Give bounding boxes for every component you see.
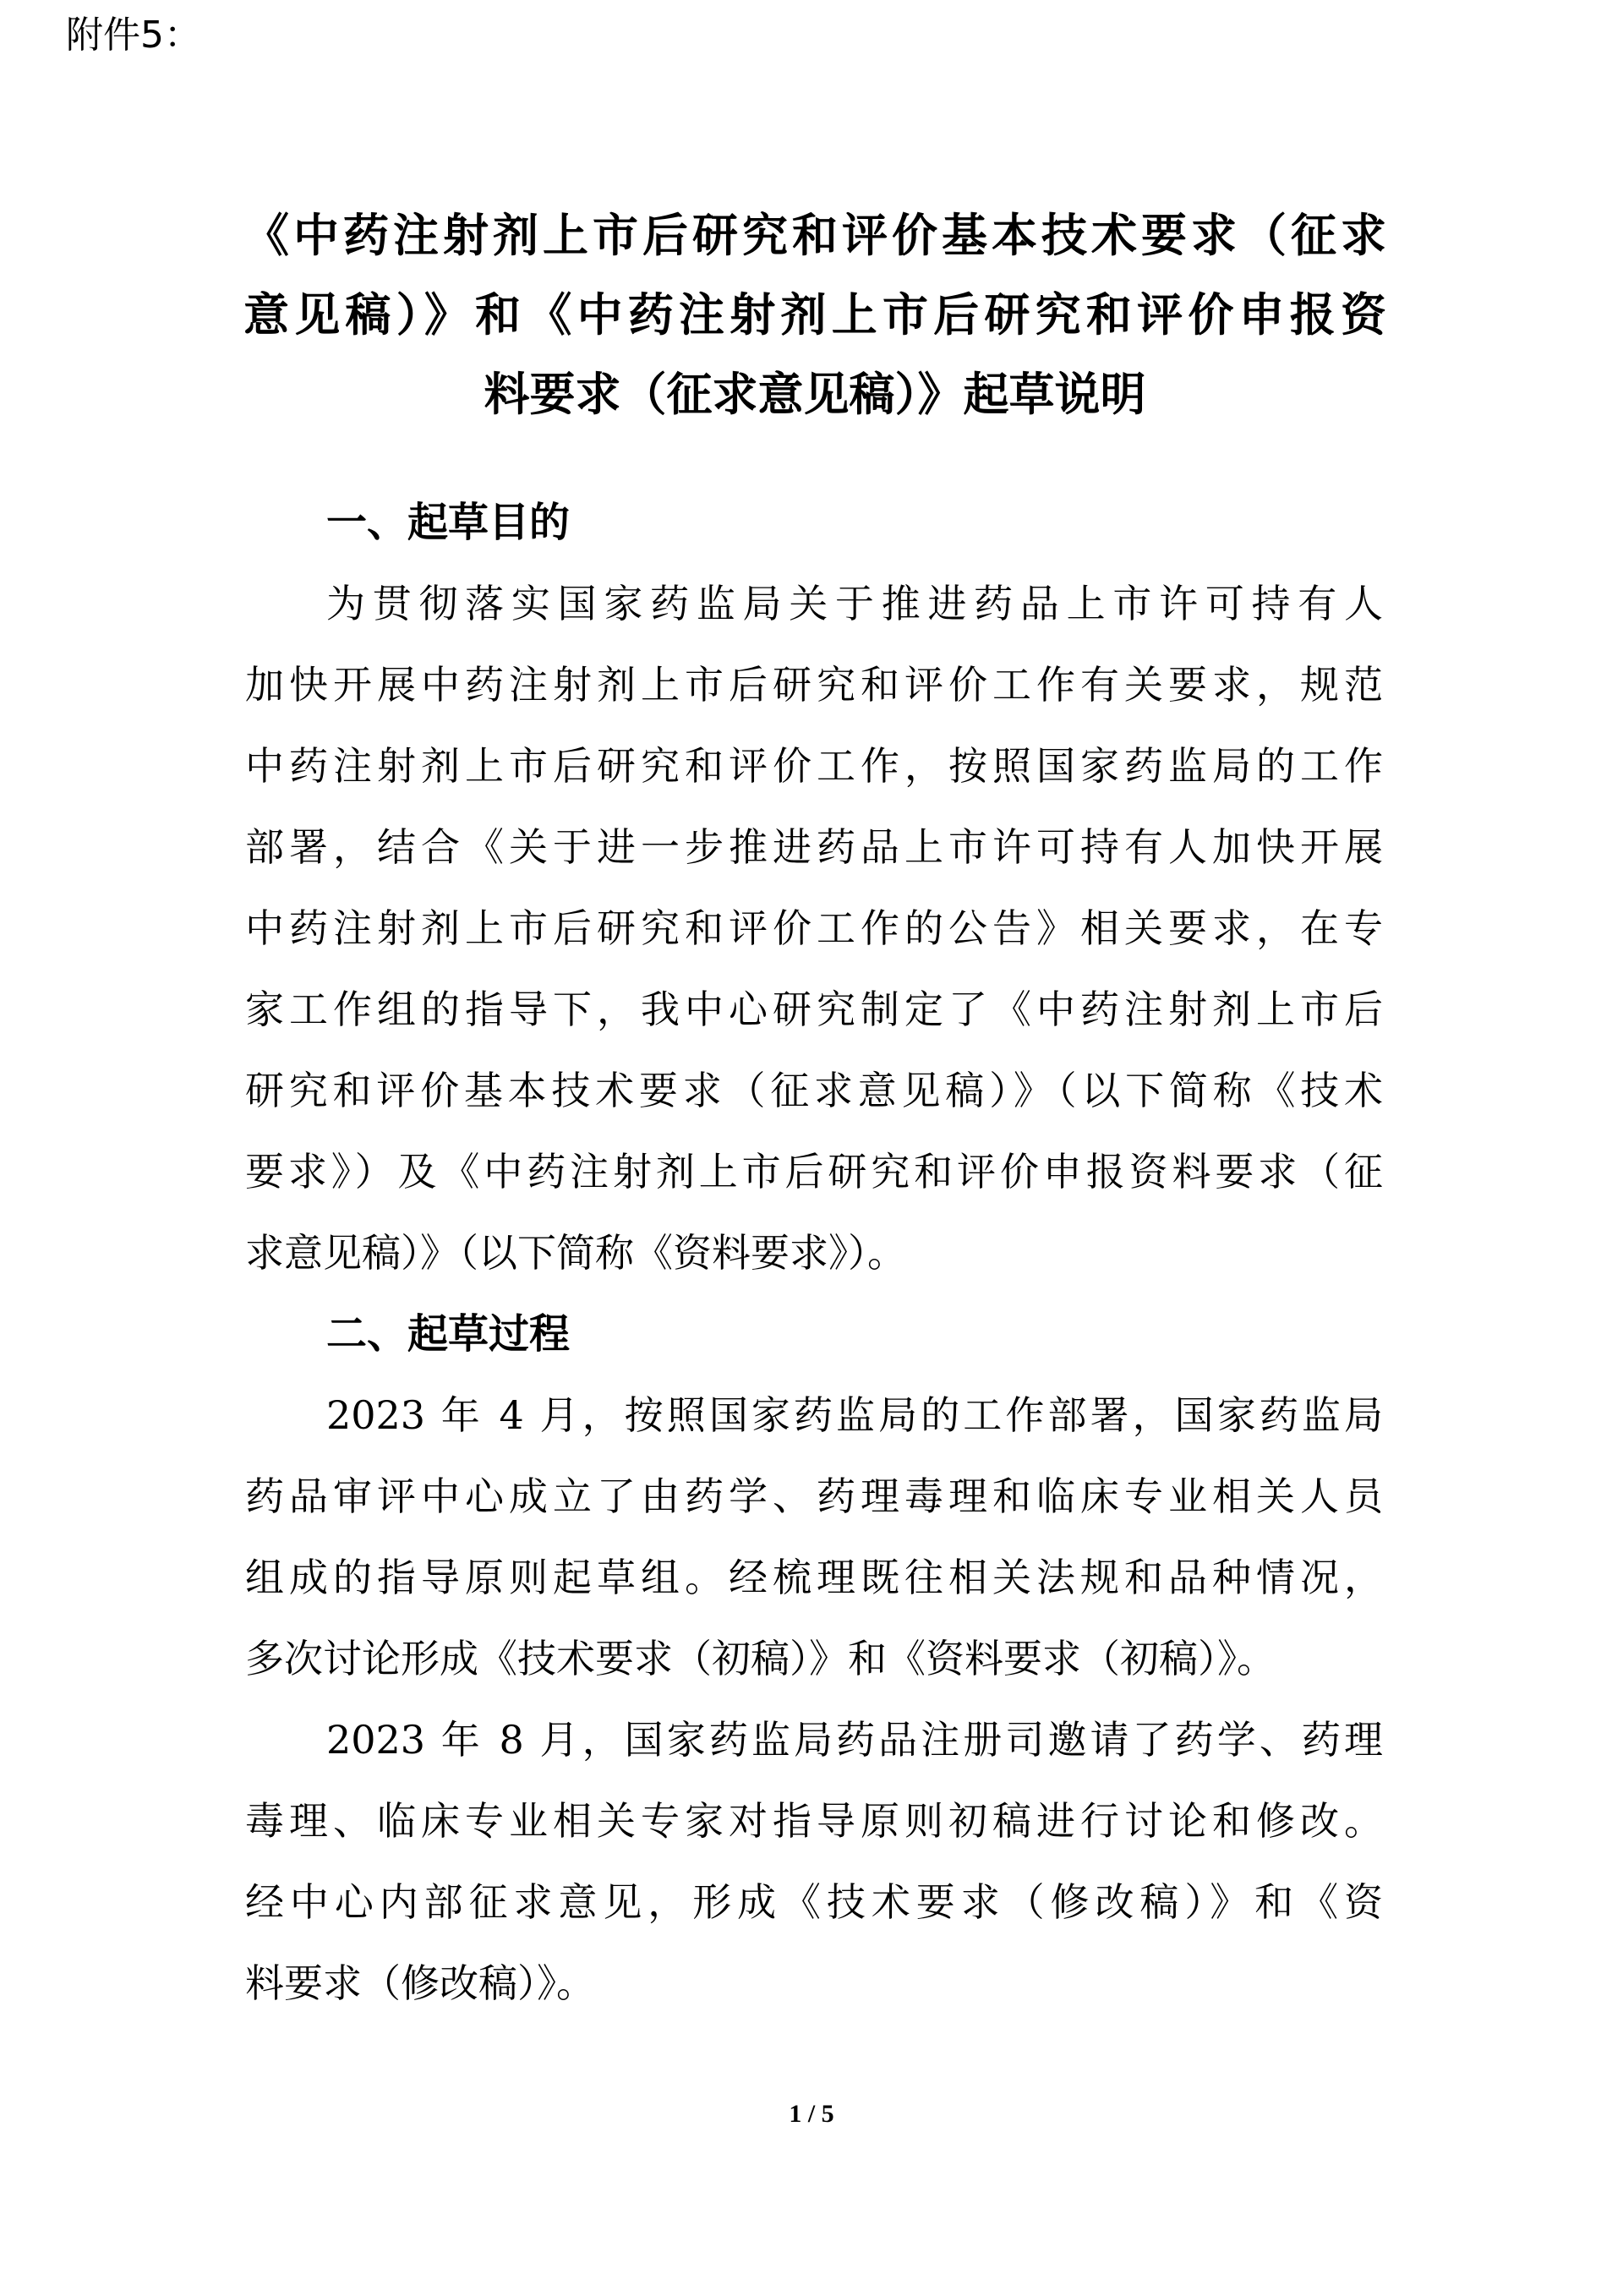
text-line: 经中心内部征求意见，形成《技术要求（修改稿）》和《资 [245, 1861, 1383, 1943]
paragraph: 为贯彻落实国家药监局关于推进药品上市许可持有人 加快开展中药注射剂上市后研究和评… [245, 563, 1383, 1293]
text-line: 研究和评价基本技术要求（征求意见稿）》（以下简称《技术 [245, 1050, 1383, 1131]
title-line: 意见稿）》和《中药注射剂上市后研究和评价申报资 [243, 276, 1386, 355]
attachment-label: 附件5： [66, 10, 201, 61]
title-line: 《中药注射剂上市后研究和评价基本技术要求（征求 [243, 196, 1386, 276]
text-line: 组成的指导原则起草组。经梳理既往相关法规和品种情况， [245, 1537, 1383, 1618]
text-line: 多次讨论形成《技术要求（初稿）》和《资料要求（初稿）》。 [245, 1618, 1383, 1699]
section-process: 二、起草过程 2023 年 4 月，按照国家药监局的工作部署，国家药监局 药品审… [245, 1293, 1383, 2024]
document-title: 《中药注射剂上市后研究和评价基本技术要求（征求 意见稿）》和《中药注射剂上市后研… [243, 196, 1386, 435]
text-line: 加快开展中药注射剂上市后研究和评价工作有关要求，规范 [245, 644, 1383, 725]
text-line: 中药注射剂上市后研究和评价工作，按照国家药监局的工作 [245, 725, 1383, 806]
section-heading: 二、起草过程 [245, 1293, 1383, 1375]
text-line: 药品审评中心成立了由药学、药理毒理和临床专业相关人员 [245, 1456, 1383, 1537]
title-line: 料要求（征求意见稿）》起草说明 [243, 355, 1386, 435]
text-line: 2023 年 4 月，按照国家药监局的工作部署，国家药监局 [245, 1375, 1383, 1456]
page-number: 1 / 5 [0, 2100, 1623, 2129]
section-heading: 一、起草目的 [245, 482, 1383, 563]
section-purpose: 一、起草目的 为贯彻落实国家药监局关于推进药品上市许可持有人 加快开展中药注射剂… [245, 482, 1383, 1293]
text-line: 为贯彻落实国家药监局关于推进药品上市许可持有人 [245, 563, 1383, 644]
text-line: 毒理、临床专业相关专家对指导原则初稿进行讨论和修改。 [245, 1780, 1383, 1861]
text-line: 部署，结合《关于进一步推进药品上市许可持有人加快开展 [245, 806, 1383, 888]
text-line: 求意见稿）》（以下简称《资料要求》）。 [245, 1212, 1383, 1293]
text-line: 料要求（修改稿）》。 [245, 1943, 1383, 2024]
paragraph: 2023 年 8 月，国家药监局药品注册司邀请了药学、药理 毒理、临床专业相关专… [245, 1699, 1383, 2024]
document-body: 一、起草目的 为贯彻落实国家药监局关于推进药品上市许可持有人 加快开展中药注射剂… [245, 482, 1383, 2024]
text-line: 要求》）及《中药注射剂上市后研究和评价申报资料要求（征 [245, 1131, 1383, 1212]
text-line: 中药注射剂上市后研究和评价工作的公告》相关要求，在专 [245, 888, 1383, 969]
paragraph: 2023 年 4 月，按照国家药监局的工作部署，国家药监局 药品审评中心成立了由… [245, 1375, 1383, 1699]
text-line: 2023 年 8 月，国家药监局药品注册司邀请了药学、药理 [245, 1699, 1383, 1780]
text-line: 家工作组的指导下，我中心研究制定了《中药注射剂上市后 [245, 969, 1383, 1050]
